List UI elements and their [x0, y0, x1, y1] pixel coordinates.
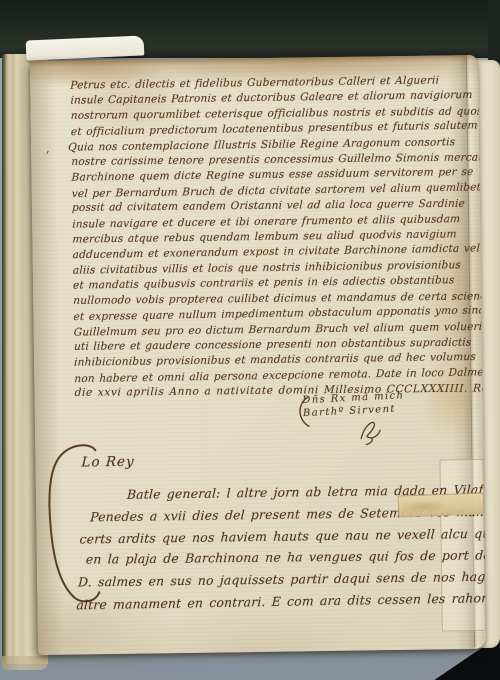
letter-heading: Lo Rey	[81, 454, 135, 471]
margin-tick-mark: ʼ	[45, 149, 49, 163]
paraph-flourish-icon	[355, 416, 385, 446]
manuscript-page: ʼ Petrus etc. dilectis et fidelibus Gube…	[30, 55, 486, 655]
manuscript-photo: ʼ Petrus etc. dilectis et fidelibus Gube…	[0, 0, 500, 680]
chancery-signature: Dñs Rx mã mich Barthº Sirvent	[302, 390, 405, 420]
latin-letter-text: Petrus etc. dilectis et fidelibus Gubern…	[70, 73, 486, 403]
tape-repair-strip	[398, 493, 485, 518]
manuscript-line: die xxvi aprilis Anno a nativitate domin…	[74, 381, 486, 401]
